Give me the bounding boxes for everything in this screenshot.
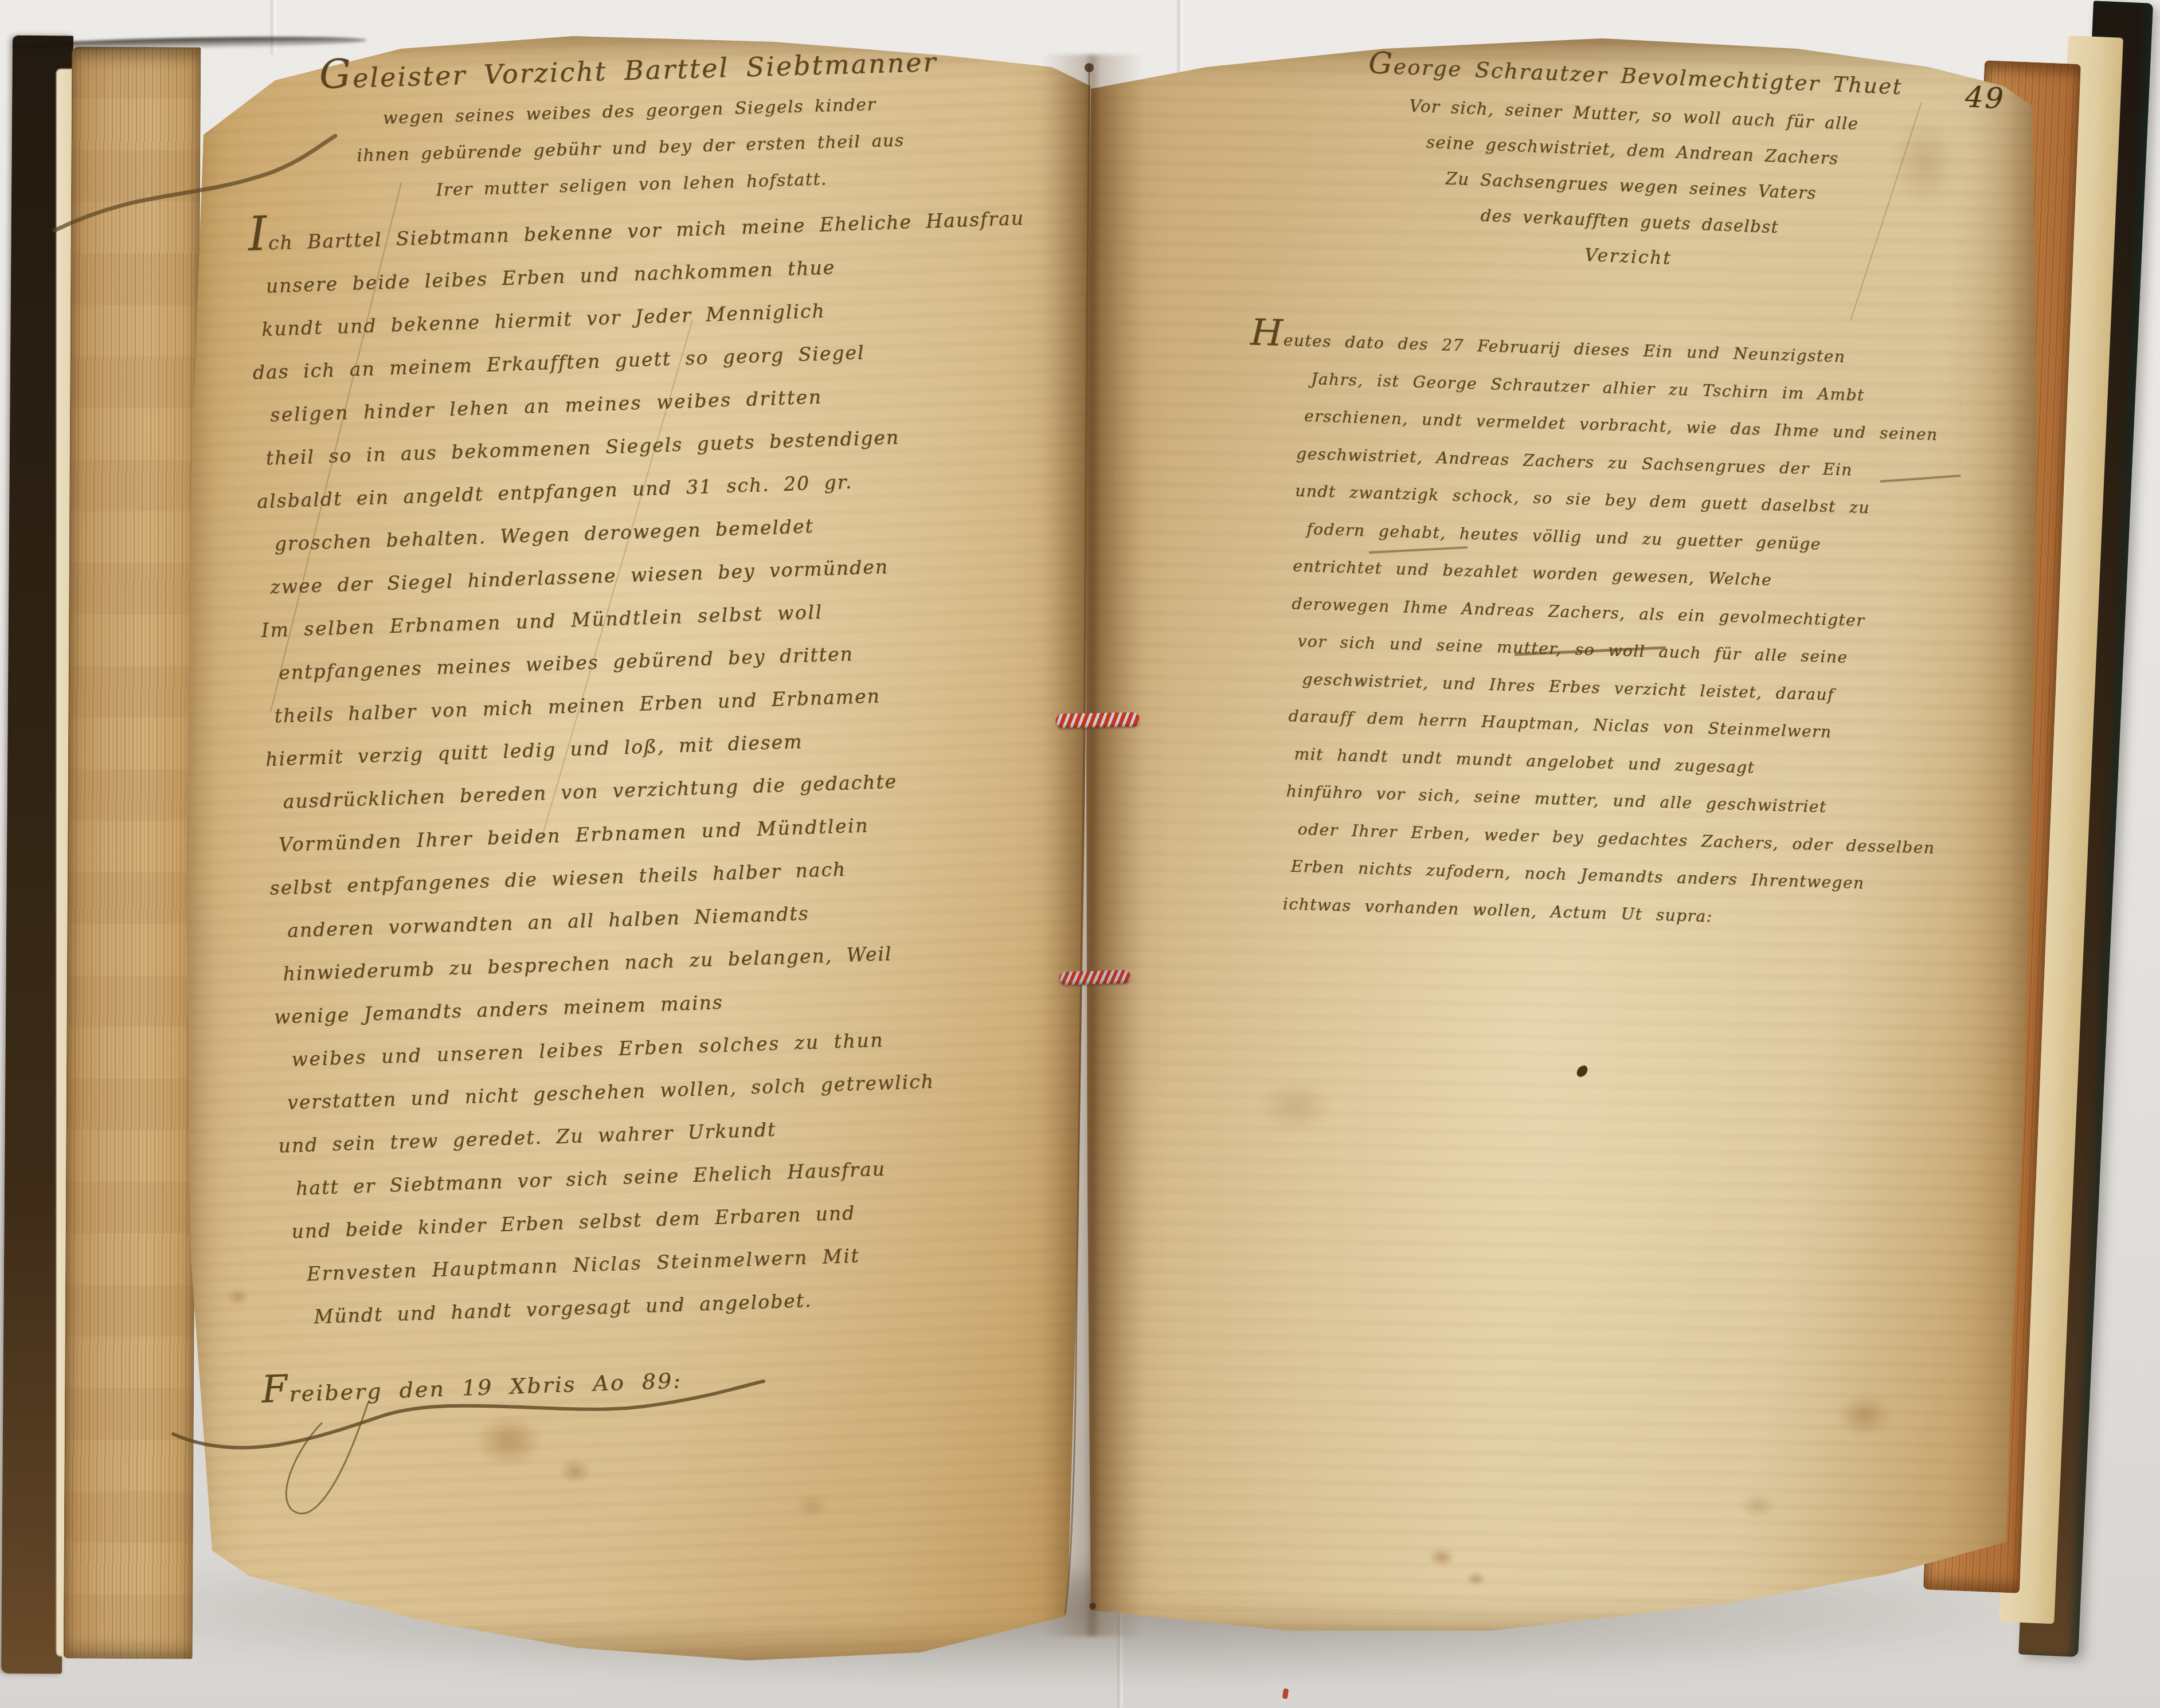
left-page-heading: Geleister Vorzicht Barttel Siebtmannerwe… <box>304 34 956 212</box>
stain <box>559 1459 591 1484</box>
stain <box>1740 1493 1776 1518</box>
stain <box>1429 1548 1455 1567</box>
stain <box>1837 1394 1892 1436</box>
stain <box>475 1415 543 1467</box>
stain <box>226 1288 249 1306</box>
stain <box>1466 1572 1486 1586</box>
thread-speck <box>1282 1688 1289 1699</box>
stain <box>1258 1080 1333 1132</box>
right-page-heading: George Schrautzer Bevolmechtigter ThuetV… <box>1304 40 1960 288</box>
right-page-body: Heutes dato des 27 Februarij dieses Ein … <box>1282 322 2045 945</box>
left-page-body: Ich Barttel Siebtmann bekenne vor mich m… <box>248 194 1104 1339</box>
folio-number: 49 <box>1965 80 2006 116</box>
binding-thread-bottom <box>1059 970 1131 985</box>
stain <box>796 1495 829 1518</box>
binding-thread-top <box>1056 712 1140 728</box>
left-page-edge-stack <box>64 46 201 1659</box>
photo-of-open-manuscript-book: { "folio_number": "49", "left_page": { "… <box>0 0 2160 1708</box>
